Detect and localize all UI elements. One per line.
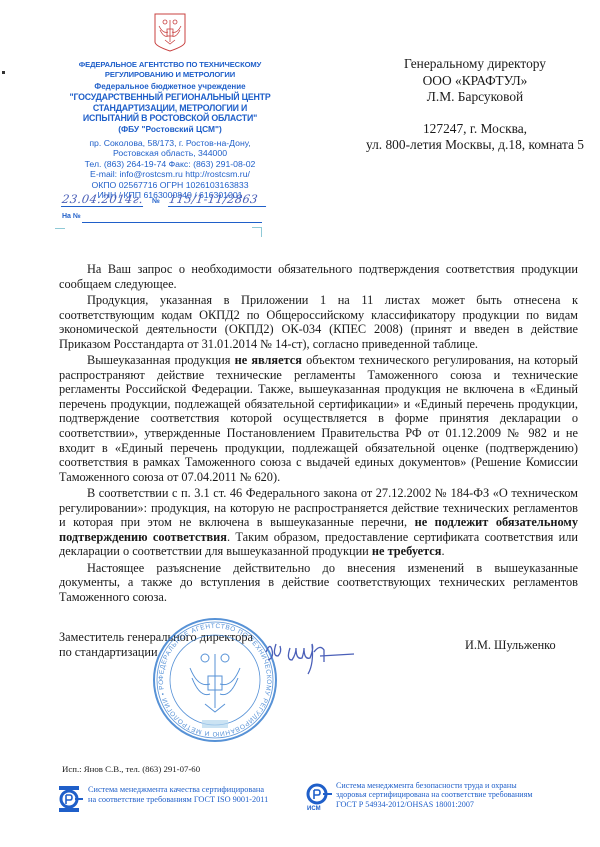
certification-line: ГОСТ Р 54934-2012/OHSAS 18001:2007 [336,800,532,809]
reference-registration: На № [62,214,267,224]
paragraph-validity: Настоящее разъяснение действительно до в… [59,561,578,605]
okpo-ogrn: ОКПО 02567716 ОГРН 1026103163833 [55,180,285,190]
paragraph-classification: Продукция, указанная в Приложении 1 на 1… [59,293,578,351]
address-bracket-right [252,227,262,237]
outgoing-registration: 23.04.2014г. № 115/1-11/2863 [62,195,267,211]
reference-line [82,222,262,223]
certification-line: Система менеджмента безопасности труда и… [336,781,532,790]
addressee-block: Генеральному директору ООО «КРАФТУЛ» Л.М… [355,56,595,154]
signatory-name: И.М. Шульженко [465,638,556,653]
emphasis-not-object: не является [235,353,302,367]
addressee-position: Генеральному директору [355,56,595,73]
institution-type: Федеральное бюджетное учреждение [55,82,285,92]
agency-name: ФЕДЕРАЛЬНОЕ АГЕНТСТВО ПО ТЕХНИЧЕСКОМУ РЕ… [55,60,285,79]
addressee-name: Л.М. Барсуковой [355,89,595,106]
handwritten-signature-icon [262,634,358,678]
outgoing-number: 115/1-11/2863 [168,192,268,207]
safety-certification-text: Система менеджмента безопасности труда и… [336,781,532,809]
quality-certification-text: Система менеджмента качества сертифициро… [88,785,268,804]
institution-name: "ГОСУДАРСТВЕННЫЙ РЕГИОНАЛЬНЫЙ ЦЕНТР СТАН… [55,92,285,124]
addressee-address-line: ул. 800-летия Москвы, д.18, комната 5 [355,137,595,154]
letter-page: ФЕДЕРАЛЬНОЕ АГЕНТСТВО ПО ТЕХНИЧЕСКОМУ РЕ… [0,0,600,847]
addressee-address-line: 127247, г. Москва, [355,121,595,138]
quality-certification: Система менеджмента качества сертифициро… [57,785,268,813]
rosstest-certification-logo-icon [57,785,85,813]
agency-line: ФЕДЕРАЛЬНОЕ АГЕНТСТВО ПО ТЕХНИЧЕСКОМУ [55,60,285,70]
reference-label: На № [62,213,81,220]
scan-speck [2,71,5,74]
institution-name-line: СТАНДАРТИЗАЦИИ, МЕТРОЛОГИИ И [55,103,285,114]
spacer [355,106,595,121]
safety-certification: ИСМ Система менеджмента безопасности тру… [305,781,532,809]
text-run: объектом технического регулирования, на … [59,353,578,483]
certification-line: здоровья сертифицирована на соответствие… [336,790,532,799]
letter-body: На Ваш запрос о необходимости обязательн… [59,262,578,605]
address-bracket-left [55,228,65,229]
agency-line: РЕГУЛИРОВАНИЮ И МЕТРОЛОГИИ [55,70,285,80]
address-line: Ростовская область, 344000 [55,148,285,158]
coat-of-arms-icon [153,12,187,52]
number-label: № [152,198,160,205]
round-seal-stamp-icon: ФЕДЕРАЛЬНОЕ АГЕНТСТВО ПО ТЕХНИЧЕСКОМУ РЕ… [150,616,280,744]
paragraph-regulation-status: Вышеуказанная продукция не является объе… [59,353,578,484]
outgoing-date: 23.04.2014г. [61,192,145,207]
paragraph-legal-basis: В соответствии с п. 3.1 ст. 46 Федеральн… [59,486,578,559]
certification-line: на соответствие требованиям ГОСТ ISO 900… [88,795,268,805]
letterhead: ФЕДЕРАЛЬНОЕ АГЕНТСТВО ПО ТЕХНИЧЕСКОМУ РЕ… [55,0,285,200]
institution-short-name: (ФБУ "Ростовский ЦСМ") [55,124,285,135]
svg-text:ИСМ: ИСМ [307,806,321,811]
certification-line: Система менеджмента качества сертифициро… [88,785,268,795]
institution-name-line: ИСПЫТАНИЙ В РОСТОВСКОЙ ОБЛАСТИ" [55,113,285,124]
addressee-company: ООО «КРАФТУЛ» [355,73,595,90]
phone-fax: Тел. (863) 264-19-74 Факс: (863) 291-08-… [55,159,285,169]
paragraph-request: На Ваш запрос о необходимости обязательн… [59,262,578,291]
email-web: E-mail: info@rostcsm.ru http://rostcsm.r… [55,169,285,179]
text-run: . [441,544,444,558]
ism-certification-logo-icon: ИСМ [305,781,333,809]
text-run: Вышеуказанная продукция [87,353,235,367]
address-line: пр. Соколова, 58/173, г. Ростов-на-Дону, [55,138,285,148]
executor-contact: Исп.: Янов С.В., тел. (863) 291-07-60 [62,764,200,774]
institution-name-line: "ГОСУДАРСТВЕННЫЙ РЕГИОНАЛЬНЫЙ ЦЕНТР [55,92,285,103]
emphasis-not-required: не требуется [372,544,442,558]
